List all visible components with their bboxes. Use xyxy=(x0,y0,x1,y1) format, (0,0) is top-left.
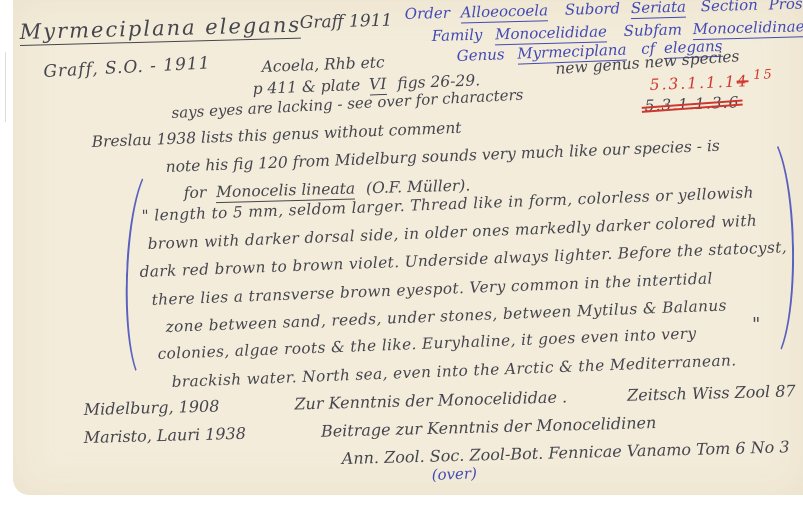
order-value: Alloeocoela xyxy=(460,1,548,23)
genus-label: Genus xyxy=(456,45,505,65)
ref1-author: Midelburg, 1908 xyxy=(84,396,220,419)
catalog-number-old: 5.3.1.1.3.6 xyxy=(644,93,739,115)
catalog-struck-digit: 4 xyxy=(736,72,749,90)
breslau-line3-prefix: for xyxy=(184,183,207,202)
catalog-old-value: 5.3.1.1.3.6 xyxy=(644,93,739,115)
order-label: Order xyxy=(405,4,451,23)
section-label: Section xyxy=(700,0,758,15)
closing-quote-mark: " xyxy=(752,314,760,335)
family-label: Family xyxy=(432,26,483,45)
subfam-label: Subfam xyxy=(623,20,682,40)
catalog-revision: 15 xyxy=(753,67,774,83)
section-value: Proseriata xyxy=(768,0,803,13)
title-authority: Graff 1911 xyxy=(299,11,392,33)
scan-edge-line xyxy=(5,52,6,122)
subord-value: Seriata xyxy=(631,0,687,19)
catalog-prefix: 5.3.1.1.1 xyxy=(649,73,737,94)
over-note: (over) xyxy=(431,464,477,484)
subord-label: Subord xyxy=(565,0,621,19)
